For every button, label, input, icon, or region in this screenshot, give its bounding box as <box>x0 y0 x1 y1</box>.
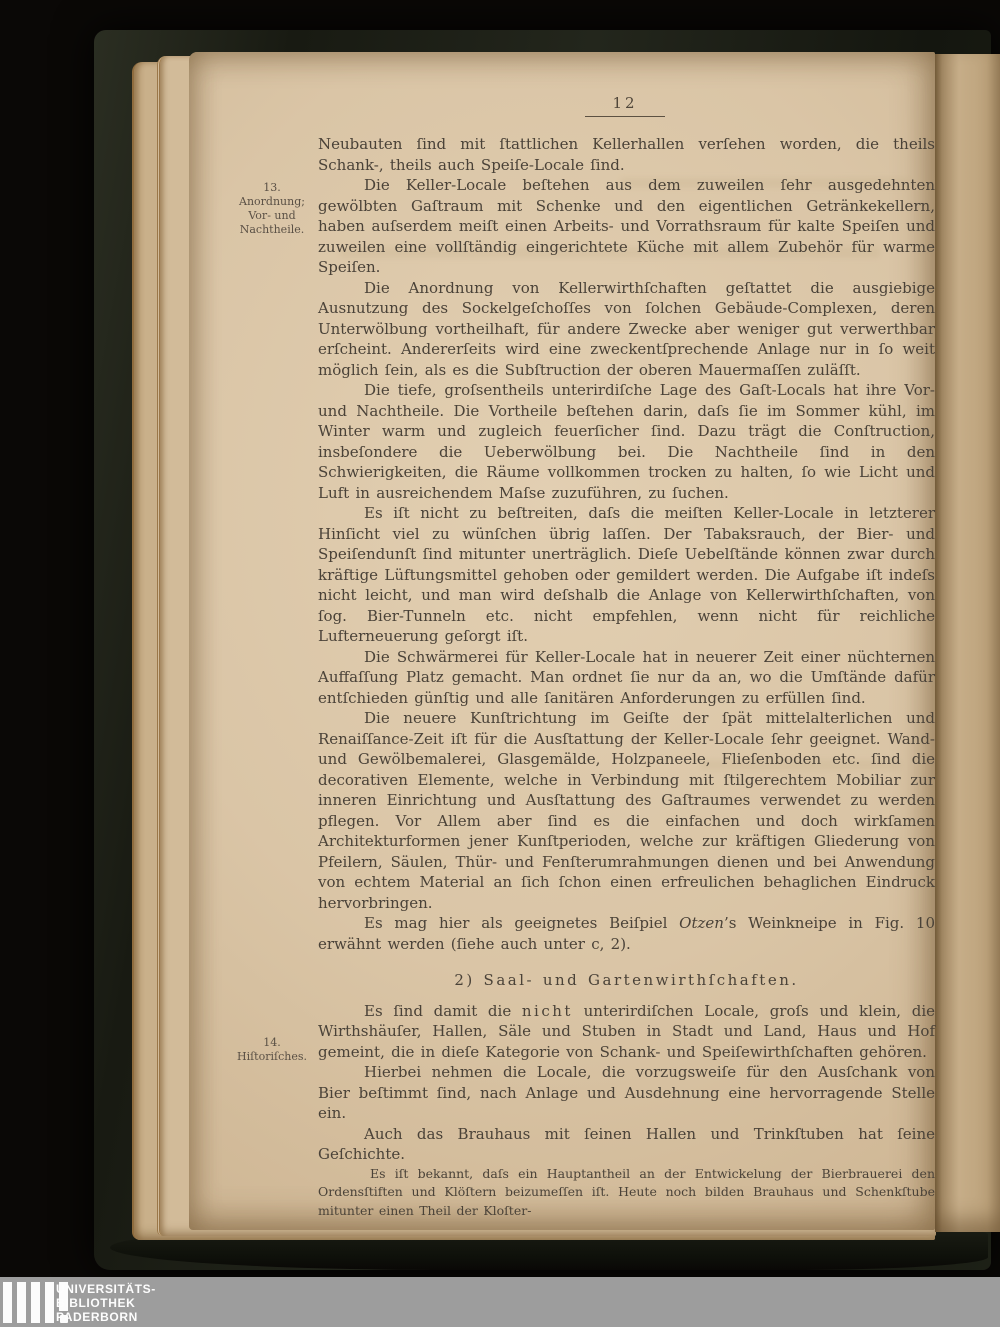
margin-note-14: 14. Hiſtoriſches. <box>228 1036 316 1064</box>
paragraph: Hierbei nehmen die Locale, die vorzugswe… <box>318 1062 935 1124</box>
paragraph: Die Keller-Locale beſtehen aus dem zuwei… <box>318 175 935 278</box>
book-scan-scene: 12 13. Anordnung; Vor- und Nachtheile. 1… <box>0 0 1000 1327</box>
section-heading: 2) Saal- und Gartenwirthſchaften. <box>318 970 935 991</box>
paragraph: Es ſind damit die nicht unterirdiſchen L… <box>318 1001 935 1063</box>
paragraph: Auch das Brauhaus mit ſeinen Hallen und … <box>318 1124 935 1165</box>
paragraph: Die neuere Kunſtrichtung im Geiſte der ſ… <box>318 708 935 913</box>
margin-note-number: 13. <box>228 181 316 195</box>
paragraph-text: Es ſind damit die <box>364 1002 522 1020</box>
paragraph: Die tiefe, groſsentheils unterirdiſche L… <box>318 380 935 503</box>
emphasized-word: nicht <box>522 1002 573 1020</box>
body-text-column: Neubauten ſind mit ſtattlichen Kellerhal… <box>318 134 935 1220</box>
library-name: UNIVERSITÄTS- BIBLIOTHEK PADERBORN <box>56 1282 156 1324</box>
logo-bar <box>31 1282 40 1323</box>
paragraph: Es iſt nicht zu beſtreiten, daſs die mei… <box>318 503 935 647</box>
page-number-rule <box>585 116 665 117</box>
paragraph: Die Schwärmerei für Keller-Locale hat in… <box>318 647 935 709</box>
page-number-block: 12 <box>555 94 695 117</box>
logo-bar <box>3 1282 12 1323</box>
margin-note-line: Anordnung; <box>228 195 316 209</box>
library-name-line: UNIVERSITÄTS- <box>56 1282 156 1296</box>
logo-bar <box>45 1282 54 1323</box>
paragraph-text: Es mag hier als geeignetes Beiſpiel <box>364 914 679 932</box>
adjacent-page-edge <box>935 54 1000 1232</box>
margin-note-line: Nachtheile. <box>228 223 316 237</box>
paragraph: Neubauten ſind mit ſtattlichen Kellerhal… <box>318 134 935 175</box>
small-print-paragraph: Es iſt bekannt, daſs ein Hauptantheil an… <box>318 1165 935 1221</box>
paragraph: Es mag hier als geeignetes Beiſpiel Otze… <box>318 913 935 954</box>
library-name-line: PADERBORN <box>56 1310 156 1324</box>
margin-note-number: 14. <box>228 1036 316 1050</box>
logo-bar <box>17 1282 26 1323</box>
margin-note-line: Hiſtoriſches. <box>228 1050 316 1064</box>
library-name-line: BIBLIOTHEK <box>56 1296 156 1310</box>
margin-note-13: 13. Anordnung; Vor- und Nachtheile. <box>228 181 316 237</box>
paragraph: Die Anordnung von Kellerwirthſchaften ge… <box>318 278 935 381</box>
margin-note-line: Vor- und <box>228 209 316 223</box>
page-number: 12 <box>555 94 695 112</box>
italic-name: Otzen <box>679 914 724 932</box>
library-watermark-bar: UNIVERSITÄTS- BIBLIOTHEK PADERBORN <box>0 1277 1000 1327</box>
